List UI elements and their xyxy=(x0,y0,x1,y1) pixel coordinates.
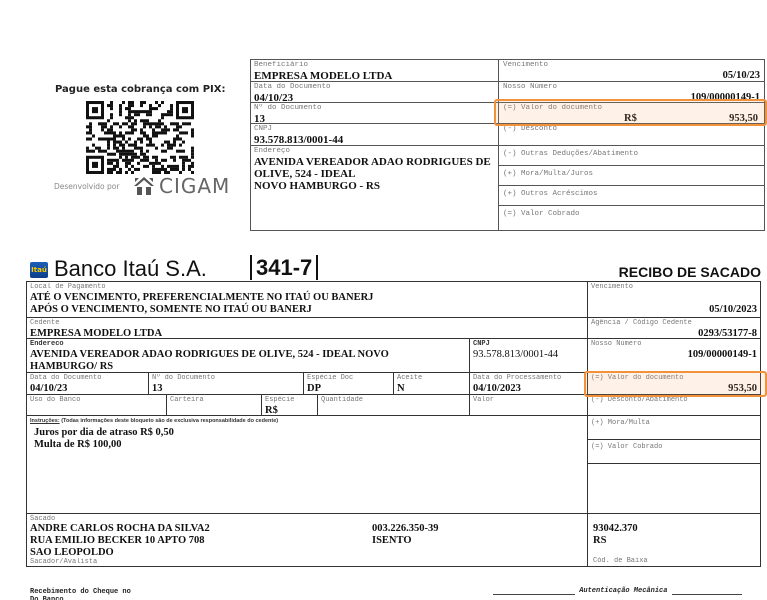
sacado-address: RUA EMILIO BECKER 10 APTO 708 xyxy=(30,535,205,547)
desconto-label: (-) Desconto/Abatimento xyxy=(591,396,757,405)
cigam-brand: CIGAM xyxy=(159,176,230,196)
cod-baixa-label: Cód. de Baixa xyxy=(593,557,648,566)
desconto-label: (-) Desconto xyxy=(503,125,760,134)
quantidade-field: Quantidade xyxy=(317,395,469,416)
instrucoes-note: (Todas informações deste bloqueto são de… xyxy=(61,418,278,424)
agencia-value: 0293/53177-8 xyxy=(591,328,757,339)
endereco-line: HAMBURGO/ RS xyxy=(30,361,466,373)
endereco-field: Endereco AVENIDA VEREADOR ADAO RODRIGUES… xyxy=(27,339,469,373)
nosso-numero-label: Nosso Número xyxy=(503,83,760,92)
mora-label: (+) Mora/Multa/Juros xyxy=(503,167,760,179)
especie-label: Espécie xyxy=(265,396,314,405)
developed-by-label: Desenvolvido por xyxy=(54,182,119,191)
valor-documento-highlight xyxy=(584,371,767,397)
uso-banco-label: Uso do Banco xyxy=(30,396,163,405)
empty-field xyxy=(588,464,760,513)
valor-cobrado-field: (=) Valor Cobrado xyxy=(588,440,760,464)
beneficiario-label: Beneficiário xyxy=(254,61,495,70)
carteira-label: Carteira xyxy=(170,396,258,405)
endereco-label: Endereço xyxy=(254,147,495,156)
data-documento-label: Data do Documento xyxy=(30,374,145,383)
cnpj-value: 93.578.813/0001-44 xyxy=(254,134,495,146)
pix-title: Pague esta cobrança com PIX: xyxy=(55,84,225,95)
outros-acrescimos-label: (+) Outros Acréscimos xyxy=(503,187,760,199)
receipt-table: Local de Pagamento ATÉ O VENCIMENTO, PRE… xyxy=(26,281,761,567)
sacado-uf: RS xyxy=(593,535,606,547)
vencimento-value: 05/10/23 xyxy=(503,70,760,82)
especie-doc-label: Espécie Doc xyxy=(307,374,390,383)
data-documento-value: 04/10/23 xyxy=(254,92,495,103)
instrucoes-field: Instruções: (Todas informações deste blo… xyxy=(27,416,587,513)
beneficiario-value: EMPRESA MODELO LTDA xyxy=(254,70,495,82)
itau-logo: Itaú xyxy=(30,262,48,278)
vencimento-value: 05/10/2023 xyxy=(591,304,757,316)
instrucao-line: Multa de R$ 100,00 xyxy=(34,439,584,451)
mora-field: (+) Mora/Multa xyxy=(588,416,760,440)
agencia-field: Agência / Código Cedente 0293/53177-8 xyxy=(588,318,760,339)
sacado-section: Sacado ANDRE CARLOS ROCHA DA SILVA2 RUA … xyxy=(27,513,760,566)
valor-cobrado-label: (=) Valor Cobrado xyxy=(591,441,757,452)
receipt-right: Vencimento 05/10/2023 Agência / Código C… xyxy=(588,282,760,513)
bank-name: Banco Itaú S.A. xyxy=(54,256,207,282)
sacado-name: ANDRE CARLOS ROCHA DA SILVA2 xyxy=(30,523,210,535)
outros-acrescimos-field: (+) Outros Acréscimos xyxy=(499,186,764,206)
receipt-title: RECIBO DE SACADO xyxy=(619,264,761,280)
nosso-numero-label: Nosso Número xyxy=(591,340,757,349)
outras-deducoes-label: (-) Outras Deduções/Abatimento xyxy=(503,147,760,159)
instrucao-line: Juros por dia de atraso R$ 0,50 xyxy=(34,427,584,439)
cedente-label: Cedente xyxy=(30,319,584,328)
valor-documento-highlight xyxy=(494,99,767,126)
valor-field: Valor xyxy=(469,395,587,416)
cheque-bank-line: Do Banco xyxy=(30,596,64,600)
sacado-cpf: 003.226.350-39 xyxy=(372,523,439,535)
cnpj-label: CNPJ xyxy=(254,125,495,134)
endereco-label: Endereco xyxy=(30,340,466,349)
endereco-line: NOVO HAMBURGO - RS xyxy=(254,180,495,192)
mora-field: (+) Mora/Multa/Juros xyxy=(499,166,764,186)
especie-value: R$ xyxy=(265,405,314,416)
valor-cobrado-field: (=) Valor Cobrado xyxy=(499,206,764,230)
valor-cobrado-label: (=) Valor Cobrado xyxy=(503,207,760,219)
qr-code-icon[interactable] xyxy=(86,101,194,174)
beneficiario-field: Beneficiário EMPRESA MODELO LTDA xyxy=(251,60,498,82)
cnpj-field: CNPJ 93.578.813/0001-44 xyxy=(469,339,587,373)
cigam-house-icon xyxy=(133,176,155,196)
data-documento-label: Data do Documento xyxy=(254,83,495,92)
endereco-field: Endereço AVENIDA VEREADOR ADAO RODRIGUES… xyxy=(251,146,498,230)
signature-line xyxy=(672,589,742,595)
top-slip-right: Vencimento 05/10/23 Nosso Número 109/000… xyxy=(499,60,764,230)
autenticacao-mecanica: Autenticação Mecânica xyxy=(493,587,742,595)
cheque-line: Recebimento do Cheque no xyxy=(30,588,131,596)
aceite-label: Aceite xyxy=(397,374,466,383)
nosso-numero-value: 109/00000149-1 xyxy=(591,349,757,361)
data-processamento-field: Data do Processamento 04/10/2023 xyxy=(469,373,587,395)
cigam-logo: CIGAM xyxy=(133,176,230,196)
num-documento-label: Nº do Documento xyxy=(254,104,495,113)
instrucoes-header: Instruções: (Todas informações deste blo… xyxy=(30,418,584,424)
mora-label: (+) Mora/Multa xyxy=(591,417,757,428)
pix-section: Pague esta cobrança com PIX: Desenvolvid… xyxy=(0,0,250,230)
especie-field: Espécie R$ xyxy=(261,395,317,416)
itau-logo-text: Itaú xyxy=(30,262,48,278)
local-pagamento-label: Local de Pagamento xyxy=(30,283,584,292)
num-documento-field: Nº do Documento 13 xyxy=(251,103,498,124)
data-processamento-value: 04/10/2023 xyxy=(473,383,584,395)
data-documento-field: Data do Documento 04/10/23 xyxy=(251,82,498,103)
num-documento-label: Nº do Documento xyxy=(152,374,300,383)
cedente-field: Cedente EMPRESA MODELO LTDA xyxy=(27,318,587,339)
data-documento-field: Data do Documento 04/10/23 xyxy=(27,373,148,395)
especie-doc-value: DP xyxy=(307,383,390,395)
quantidade-label: Quantidade xyxy=(321,396,466,405)
cnpj-label: CNPJ xyxy=(473,340,584,349)
endereco-line: AVENIDA VEREADOR ADAO RODRIGUES DE OLIVE… xyxy=(30,349,466,361)
agencia-label: Agência / Código Cedente xyxy=(591,319,757,328)
endereco-line: OLIVE, 524 - IDEAL xyxy=(254,168,495,180)
outras-deducoes-field: (-) Outras Deduções/Abatimento xyxy=(499,146,764,166)
vencimento-field: Vencimento 05/10/2023 xyxy=(588,282,760,318)
valor-label: Valor xyxy=(473,396,584,405)
endereco-line: AVENIDA VEREADOR ADAO RODRIGUES DE xyxy=(254,156,495,168)
bank-header: Itaú Banco Itaú S.A. 341-7 RECIBO DE SAC… xyxy=(26,254,761,280)
aceite-field: Aceite N xyxy=(393,373,469,395)
desconto-field: (-) Desconto xyxy=(499,124,764,146)
vencimento-label: Vencimento xyxy=(503,61,760,70)
desconto-field: (-) Desconto/Abatimento xyxy=(588,395,760,416)
carteira-field: Carteira xyxy=(166,395,261,416)
cnpj-field: CNPJ 93.578.813/0001-44 xyxy=(251,124,498,146)
sacado-cep: 93042.370 xyxy=(593,523,638,535)
num-documento-value: 13 xyxy=(152,383,300,395)
signature-line xyxy=(493,589,575,595)
bank-code: 341-7 xyxy=(250,255,318,280)
num-documento-field: Nº do Documento 13 xyxy=(148,373,303,395)
aceite-value: N xyxy=(397,383,466,395)
data-processamento-label: Data do Processamento xyxy=(473,374,584,383)
vencimento-label: Vencimento xyxy=(591,283,757,292)
top-payment-slip: Beneficiário EMPRESA MODELO LTDA Data do… xyxy=(250,59,765,231)
data-documento-value: 04/10/23 xyxy=(30,383,145,395)
local-pagamento-line: ATÉ O VENCIMENTO, PREFERENCIALMENTE NO I… xyxy=(30,292,584,304)
nosso-numero-field: Nosso Número 109/00000149-1 xyxy=(588,339,760,373)
sacador-label: Sacador/Avalista xyxy=(30,558,97,567)
uso-banco-field: Uso do Banco xyxy=(27,395,166,416)
top-slip-left: Beneficiário EMPRESA MODELO LTDA Data do… xyxy=(251,60,499,230)
cedente-value: EMPRESA MODELO LTDA xyxy=(30,328,584,339)
num-documento-value: 13 xyxy=(254,113,495,124)
instrucoes-label: Instruções: xyxy=(30,418,60,424)
sacado-ie: ISENTO xyxy=(372,535,412,547)
cnpj-value: 93.578.813/0001-44 xyxy=(473,349,584,361)
local-pagamento-field: Local de Pagamento ATÉ O VENCIMENTO, PRE… xyxy=(27,282,587,318)
especie-doc-field: Espécie Doc DP xyxy=(303,373,393,395)
vencimento-field: Vencimento 05/10/23 xyxy=(499,60,764,82)
local-pagamento-line: APÓS O VENCIMENTO, SOMENTE NO ITAÚ OU BA… xyxy=(30,304,584,316)
autenticacao-label: Autenticação Mecânica xyxy=(579,587,667,595)
